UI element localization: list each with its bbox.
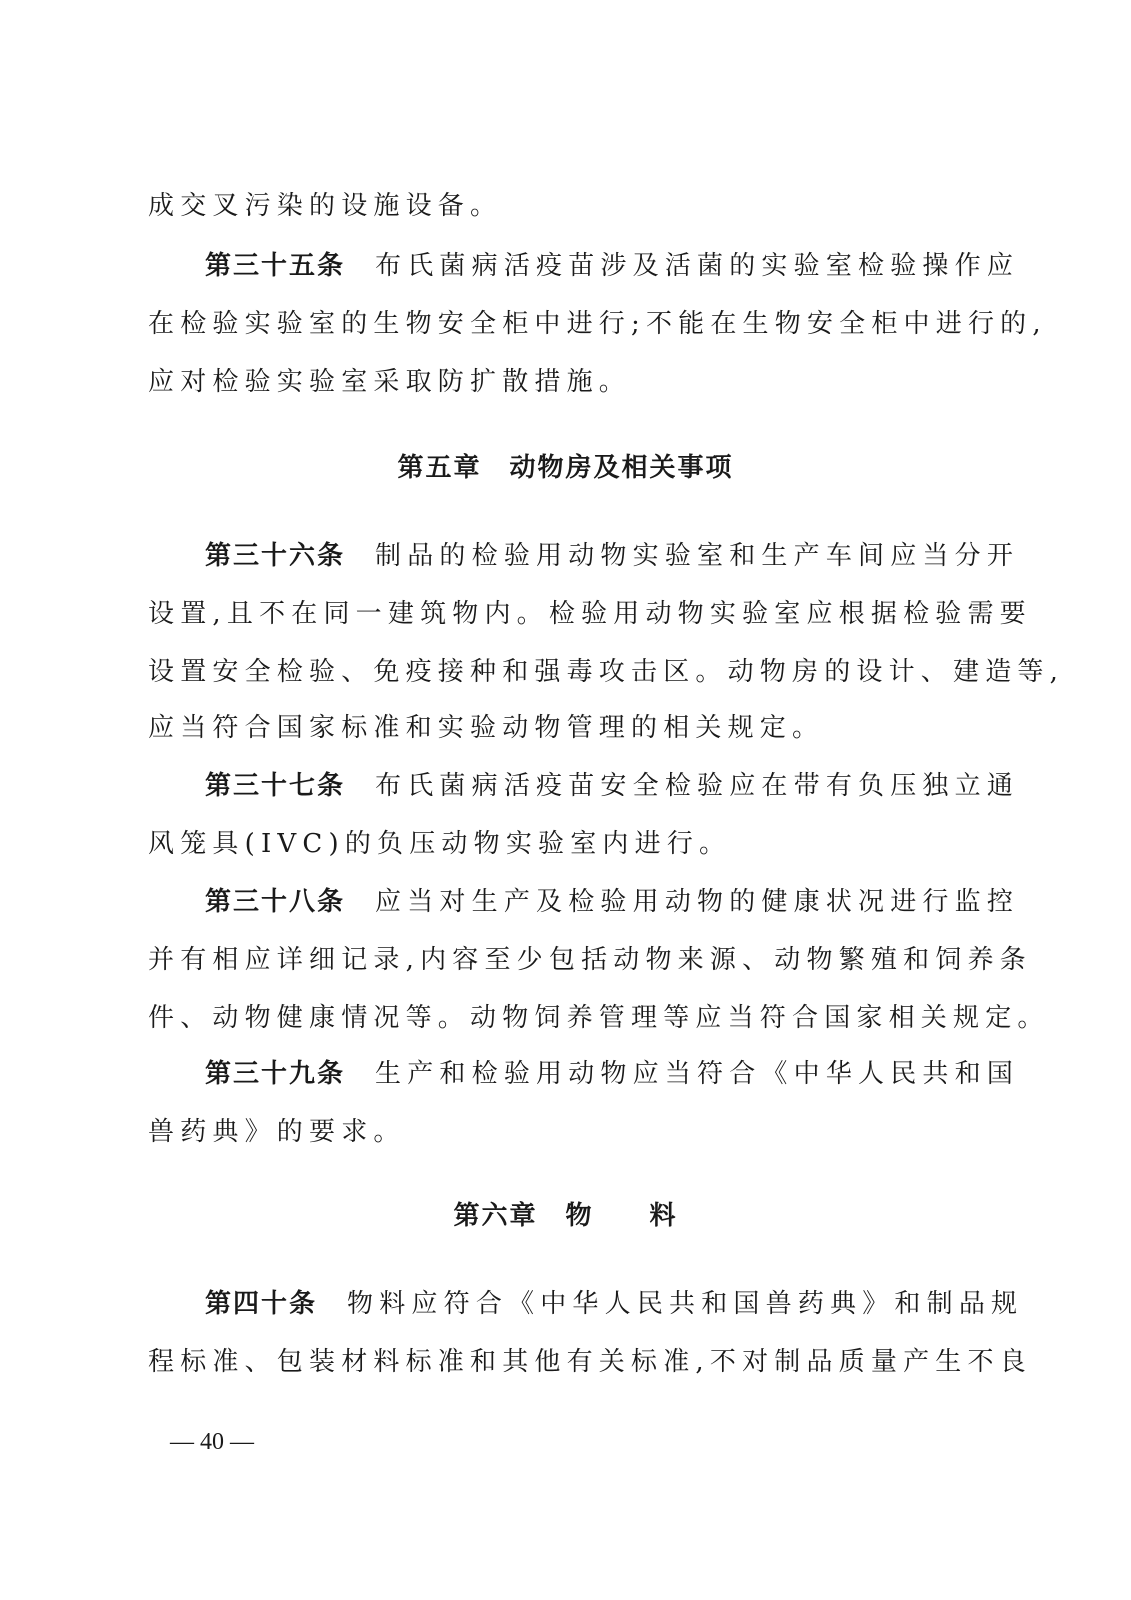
paragraph-line: 应对检验实验室采取防扩散措施。 [148, 362, 964, 402]
article-title: 第三十五条 [205, 251, 345, 281]
article-text: 布氏菌病活疫苗涉及活菌的实验室检验操作应 [375, 251, 1019, 281]
continuation-text: 成交叉污染的设施设备。 [148, 191, 502, 221]
article-title: 第三十七条 [205, 771, 345, 801]
chapter-title: 物 料 [566, 1201, 678, 1231]
article-text: 应当对生产及检验用动物的健康状况进行监控 [375, 887, 1019, 917]
article-40: 第四十条物料应符合《中华人民共和国兽药典》和制品规 [205, 1284, 964, 1324]
article-text: 物料应符合《中华人民共和国兽药典》和制品规 [347, 1289, 1023, 1319]
chapter-number: 第六章 [453, 1201, 537, 1231]
article-text: 并有相应详细记录,内容至少包括动物来源、动物繁殖和饲养条 [148, 945, 1032, 975]
paragraph-line: 设置安全检验、免疫接种和强毒攻击区。动物房的设计、建造等, [148, 652, 964, 692]
paragraph-line: 件、动物健康情况等。动物饲养管理等应当符合国家相关规定。 [148, 998, 964, 1038]
article-36: 第三十六条制品的检验用动物实验室和生产车间应当分开 [205, 536, 964, 576]
chapter-number: 第五章 [397, 453, 481, 483]
article-text: 件、动物健康情况等。动物饲养管理等应当符合国家相关规定。 [148, 1003, 1050, 1033]
article-39: 第三十九条生产和检验用动物应当符合《中华人民共和国 [205, 1054, 964, 1094]
article-text: 兽药典》的要求。 [148, 1117, 406, 1147]
paragraph-line: 风笼具(IVC)的负压动物实验室内进行。 [148, 824, 964, 864]
chapter-heading: 第六章 物 料 [0, 1196, 1131, 1236]
paragraph-line: 兽药典》的要求。 [148, 1112, 964, 1152]
article-text: 设置,且不在同一建筑物内。检验用动物实验室应根据检验需要 [148, 599, 1032, 629]
article-text: 在检验实验室的生物安全柜中进行;不能在生物安全柜中进行的, [148, 309, 1047, 339]
article-text: 设置安全检验、免疫接种和强毒攻击区。动物房的设计、建造等, [148, 657, 1064, 687]
article-text: 应对检验实验室采取防扩散措施。 [148, 367, 631, 397]
paragraph-line: 应当符合国家标准和实验动物管理的相关规定。 [148, 708, 964, 748]
chapter-title: 动物房及相关事项 [510, 453, 734, 483]
article-title: 第三十六条 [205, 541, 345, 571]
article-text: 程标准、包装材料标准和其他有关标准,不对制品质量产生不良 [148, 1347, 1032, 1377]
page-number: — 40 — [170, 1422, 254, 1462]
article-37: 第三十七条布氏菌病活疫苗安全检验应在带有负压独立通 [205, 766, 964, 806]
paragraph-line: 并有相应详细记录,内容至少包括动物来源、动物繁殖和饲养条 [148, 940, 964, 980]
article-text: 生产和检验用动物应当符合《中华人民共和国 [375, 1059, 1019, 1089]
article-text: 布氏菌病活疫苗安全检验应在带有负压独立通 [375, 771, 1019, 801]
article-35: 第三十五条布氏菌病活疫苗涉及活菌的实验室检验操作应 [205, 246, 964, 286]
article-text: 风笼具(IVC)的负压动物实验室内进行。 [148, 829, 731, 859]
article-text: 应当符合国家标准和实验动物管理的相关规定。 [148, 713, 824, 743]
article-title: 第四十条 [205, 1289, 317, 1319]
article-38: 第三十八条应当对生产及检验用动物的健康状况进行监控 [205, 882, 964, 922]
paragraph-line: 成交叉污染的设施设备。 [148, 186, 964, 226]
article-text: 制品的检验用动物实验室和生产车间应当分开 [375, 541, 1019, 571]
paragraph-line: 在检验实验室的生物安全柜中进行;不能在生物安全柜中进行的, [148, 304, 964, 344]
paragraph-line: 程标准、包装材料标准和其他有关标准,不对制品质量产生不良 [148, 1342, 964, 1382]
document-page: 成交叉污染的设施设备。 第三十五条布氏菌病活疫苗涉及活菌的实验室检验操作应 在检… [0, 0, 1131, 1600]
chapter-heading: 第五章 动物房及相关事项 [0, 448, 1131, 488]
article-title: 第三十八条 [205, 887, 345, 917]
paragraph-line: 设置,且不在同一建筑物内。检验用动物实验室应根据检验需要 [148, 594, 964, 634]
article-title: 第三十九条 [205, 1059, 345, 1089]
